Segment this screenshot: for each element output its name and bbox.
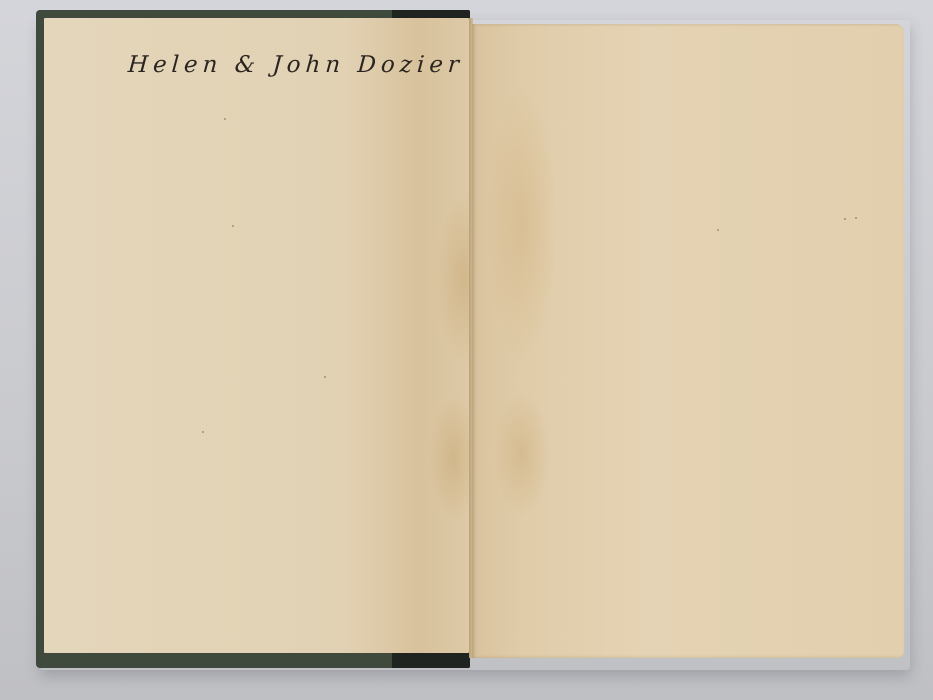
foxing-speck <box>717 229 719 231</box>
right-endpaper <box>472 24 904 658</box>
foxing-speck <box>232 225 234 227</box>
handwritten-inscription: Helen & John Dozier <box>127 52 465 78</box>
foxing-speck <box>324 376 326 378</box>
foxing-speck <box>224 118 226 120</box>
foxing-speck <box>202 431 204 433</box>
foxing-speck <box>844 218 846 220</box>
foxing-speck <box>855 217 857 219</box>
book-photo: Helen & John Dozier <box>0 0 933 700</box>
left-endpaper <box>44 18 469 653</box>
